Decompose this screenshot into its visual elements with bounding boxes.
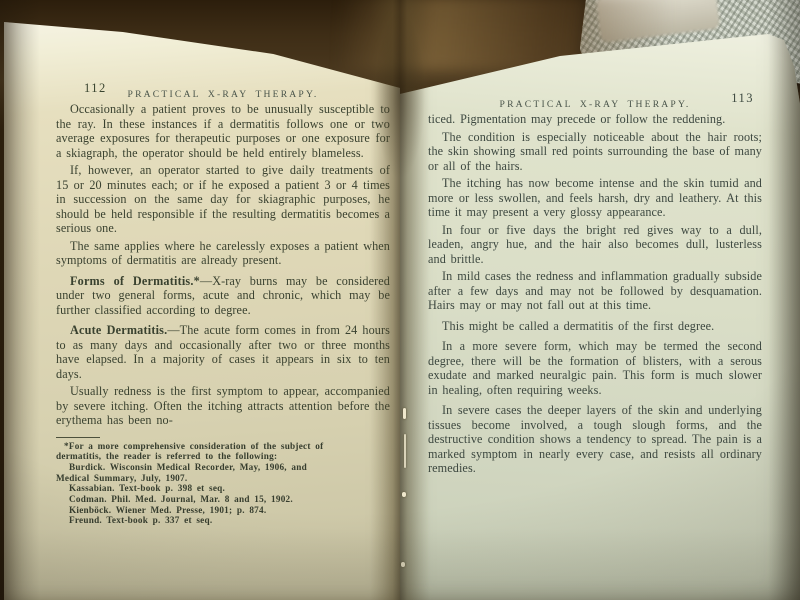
left-page-text: Occasionally a patient proves to be unus… bbox=[56, 102, 390, 526]
binding-thread bbox=[404, 434, 406, 468]
paragraph-acute-dermatitis: Acute Dermatitis.—The acute form comes i… bbox=[56, 323, 390, 381]
paragraph-text: The same applies where he carelessly exp… bbox=[56, 239, 390, 268]
binding-stitch bbox=[402, 492, 406, 497]
paragraph-text: This might be called a dermatitis of the… bbox=[442, 319, 714, 333]
binding-stitch bbox=[401, 562, 405, 567]
paragraph: The itching has now become intense and t… bbox=[428, 176, 762, 220]
paragraph-forms-of-dermatitis: Forms of Dermatitis.*—X-ray burns may be… bbox=[56, 274, 390, 318]
footnote-citation-codman: Codman. Phil. Med. Journal, Mar. 8 and 1… bbox=[56, 494, 390, 505]
running-header-left: PRACTICAL X-RAY THERAPY. bbox=[128, 89, 319, 100]
footnote-citation-kassabian: Kassabian. Text-book p. 398 et seq. bbox=[56, 483, 390, 494]
paragraph-continuation: ticed. Pigmentation may precede or follo… bbox=[428, 112, 762, 127]
paragraph: In a more severe form, which may be term… bbox=[428, 339, 762, 397]
paragraph: In mild cases the redness and inflammati… bbox=[428, 269, 762, 313]
paragraph-text: ticed. Pigmentation may precede or follo… bbox=[428, 112, 725, 126]
paragraph-text: In four or five days the bright red give… bbox=[428, 223, 762, 266]
page-number-left: 112 bbox=[84, 81, 107, 96]
paragraph-text: In mild cases the redness and inflammati… bbox=[428, 269, 762, 312]
paragraph-text: Usually redness is the first symptom to … bbox=[56, 384, 390, 427]
left-page: 112 PRACTICAL X-RAY THERAPY. Occasionall… bbox=[4, 0, 400, 600]
footnote-line: dermatitis, the reader is referred to th… bbox=[56, 451, 390, 462]
binding-stitch bbox=[403, 408, 406, 419]
paragraph: In four or five days the bright red give… bbox=[428, 223, 762, 267]
running-header-right: PRACTICAL X-RAY THERAPY. bbox=[500, 99, 691, 110]
footnote-citation-freund: Freund. Text-book p. 337 et seq. bbox=[56, 515, 390, 526]
footnote-rule bbox=[56, 437, 100, 438]
right-running-head: PRACTICAL X-RAY THERAPY. 113 bbox=[428, 94, 762, 112]
paragraph-text: In a more severe form, which may be term… bbox=[428, 339, 762, 397]
photo-open-book: 112 PRACTICAL X-RAY THERAPY. Occasionall… bbox=[0, 0, 800, 600]
paragraph-lead: Acute Dermatitis. bbox=[70, 323, 167, 337]
paragraph-lead: Forms of Dermatitis.* bbox=[70, 274, 200, 288]
paragraph-text: The itching has now become intense and t… bbox=[428, 176, 762, 219]
paragraph: In severe cases the deeper layers of the… bbox=[428, 403, 762, 476]
paragraph-text: Occasionally a patient proves to be unus… bbox=[56, 102, 390, 160]
footnote-line: Medical Summary, July, 1907. bbox=[56, 473, 390, 484]
right-page-text: ticed. Pigmentation may precede or follo… bbox=[428, 112, 762, 476]
footnote: *For a more comprehensive consideration … bbox=[56, 437, 390, 527]
paragraph: This might be called a dermatitis of the… bbox=[428, 319, 762, 334]
page-number-right: 113 bbox=[731, 91, 754, 106]
paragraph-text: The condition is especially noticeable a… bbox=[428, 130, 762, 173]
paragraph-text: In severe cases the deeper layers of the… bbox=[428, 403, 762, 475]
paragraph: If, however, an operator started to give… bbox=[56, 163, 390, 236]
footnote-line: *For a more comprehensive consideration … bbox=[56, 441, 390, 452]
paragraph: The condition is especially noticeable a… bbox=[428, 130, 762, 174]
left-running-head: 112 PRACTICAL X-RAY THERAPY. bbox=[56, 84, 390, 102]
right-page: PRACTICAL X-RAY THERAPY. 113 ticed. Pigm… bbox=[400, 0, 800, 600]
paragraph-text: If, however, an operator started to give… bbox=[56, 163, 390, 235]
footnote-citation-kienbock: Kienböck. Wiener Med. Presse, 1901; p. 8… bbox=[56, 505, 390, 516]
paragraph: Occasionally a patient proves to be unus… bbox=[56, 102, 390, 160]
paragraph: The same applies where he carelessly exp… bbox=[56, 239, 390, 268]
paragraph: Usually redness is the first symptom to … bbox=[56, 384, 390, 428]
footnote-citation-burdick: Burdick. Wisconsin Medical Recorder, May… bbox=[56, 462, 390, 473]
